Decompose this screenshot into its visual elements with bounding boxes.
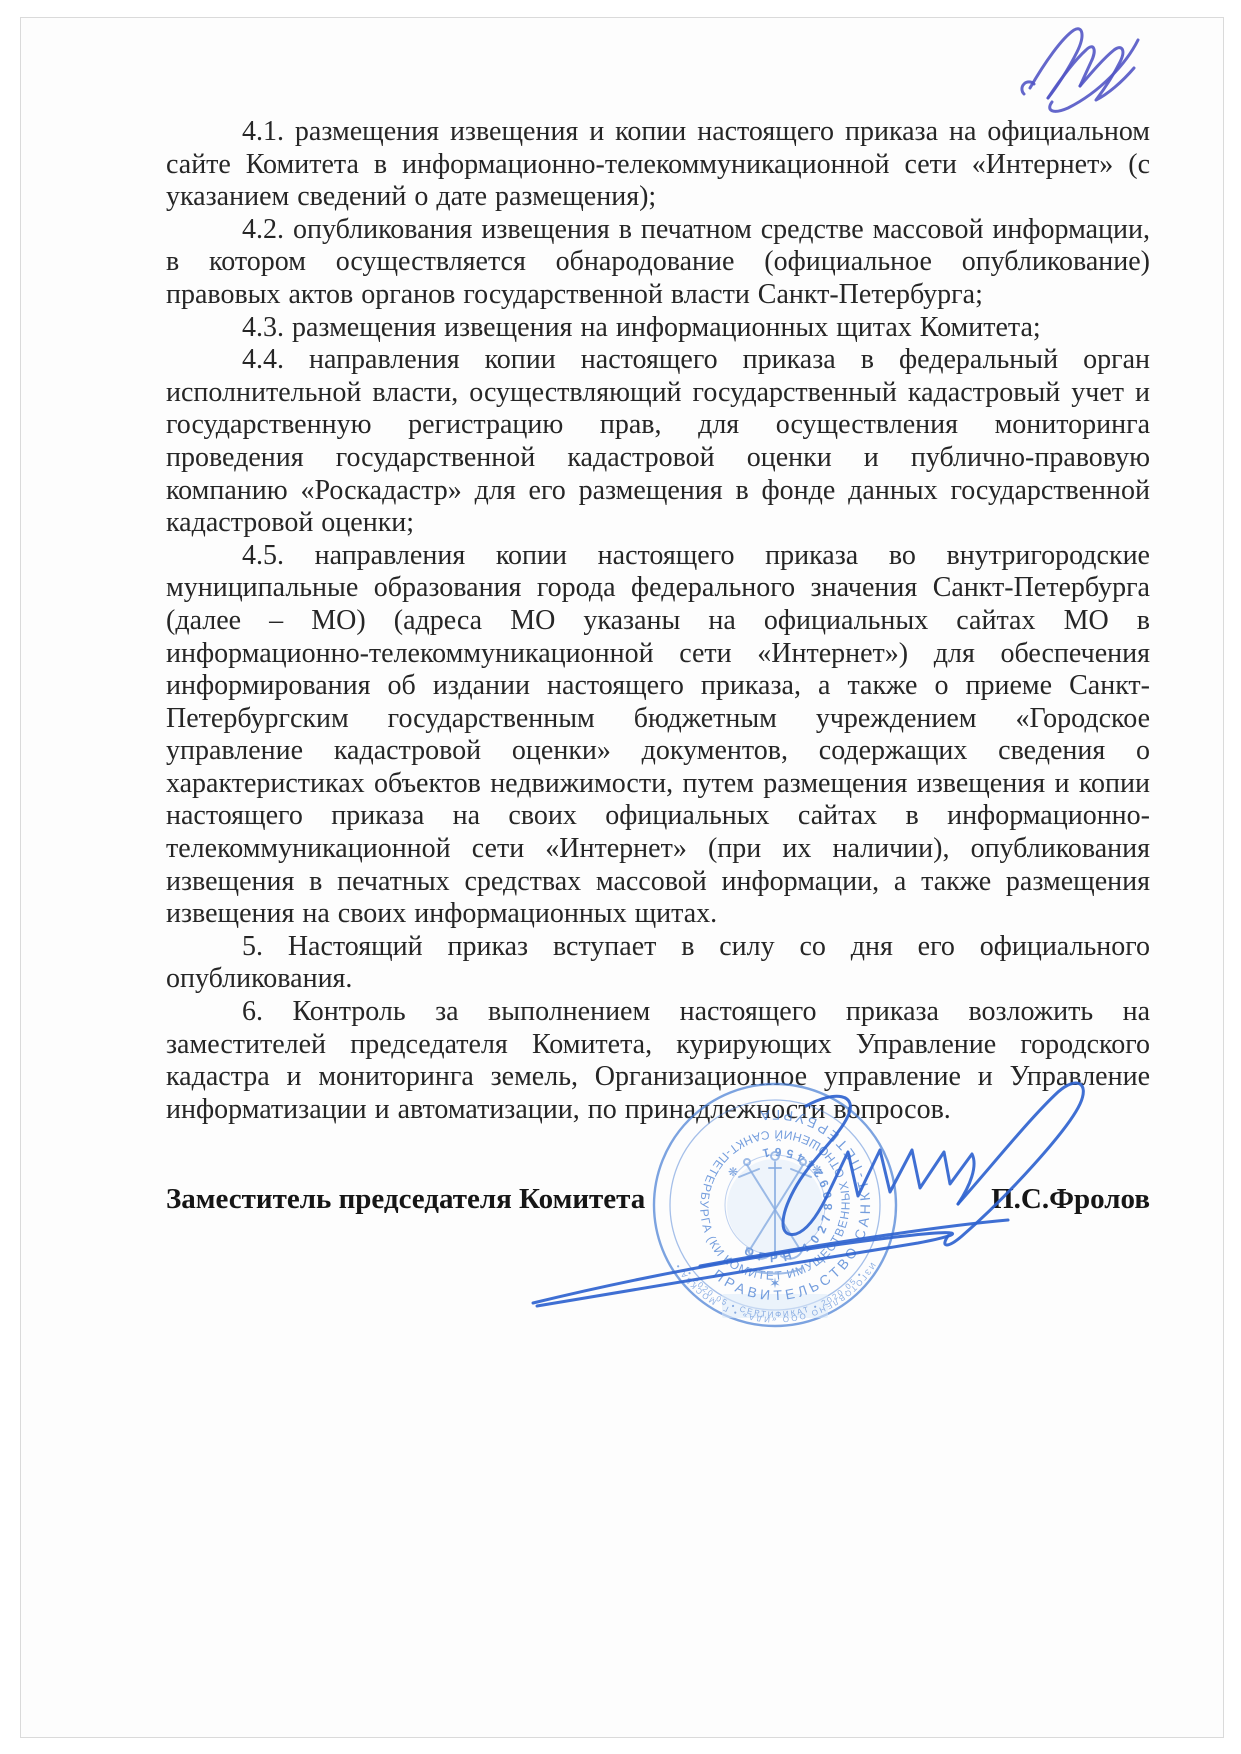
order-item-4-4: 4.4. направления копии настоящего приказ… [166, 344, 1150, 540]
seal-cert-ring-text: • 2020.05 • СЕРТИФИКАТ • 2020.05 • [685, 1269, 865, 1319]
order-item-6: 6. Контроль за выполнением настоящего пр… [166, 996, 1150, 1126]
order-item-4-3: 4.3. размещения извещения на информацион… [166, 312, 1150, 345]
seal-maker-ring-text: ИЗГОТОВЛЕНО ООО «ИДА» • Г. МОСКВА • [673, 1261, 878, 1324]
seal-star-separator: ✶ [769, 1275, 781, 1291]
signature-block: Заместитель председателя Комитета П.С.Фр… [166, 1183, 1150, 1216]
handwritten-initials-mark [1022, 29, 1138, 112]
order-item-5: 5. Настоящий приказ вступает в силу со д… [166, 931, 1150, 996]
seal-flourish-right: ❋ [812, 1163, 822, 1177]
seal-flourish-left: ❋ [728, 1165, 738, 1179]
order-body: 4.1. размещения извещения и копии настоя… [166, 116, 1150, 1126]
order-item-4-1: 4.1. размещения извещения и копии настоя… [166, 116, 1150, 214]
signatory-name: П.С.Фролов [991, 1183, 1150, 1216]
document-page: 4.1. размещения извещения и копии настоя… [0, 0, 1241, 1754]
order-item-4-5: 4.5. направления копии настоящего приказ… [166, 540, 1150, 931]
order-item-4-2: 4.2. опубликования извещения в печатном … [166, 214, 1150, 312]
signatory-position: Заместитель председателя Комитета [166, 1183, 645, 1216]
seal-watermark-box [722, 1294, 828, 1318]
